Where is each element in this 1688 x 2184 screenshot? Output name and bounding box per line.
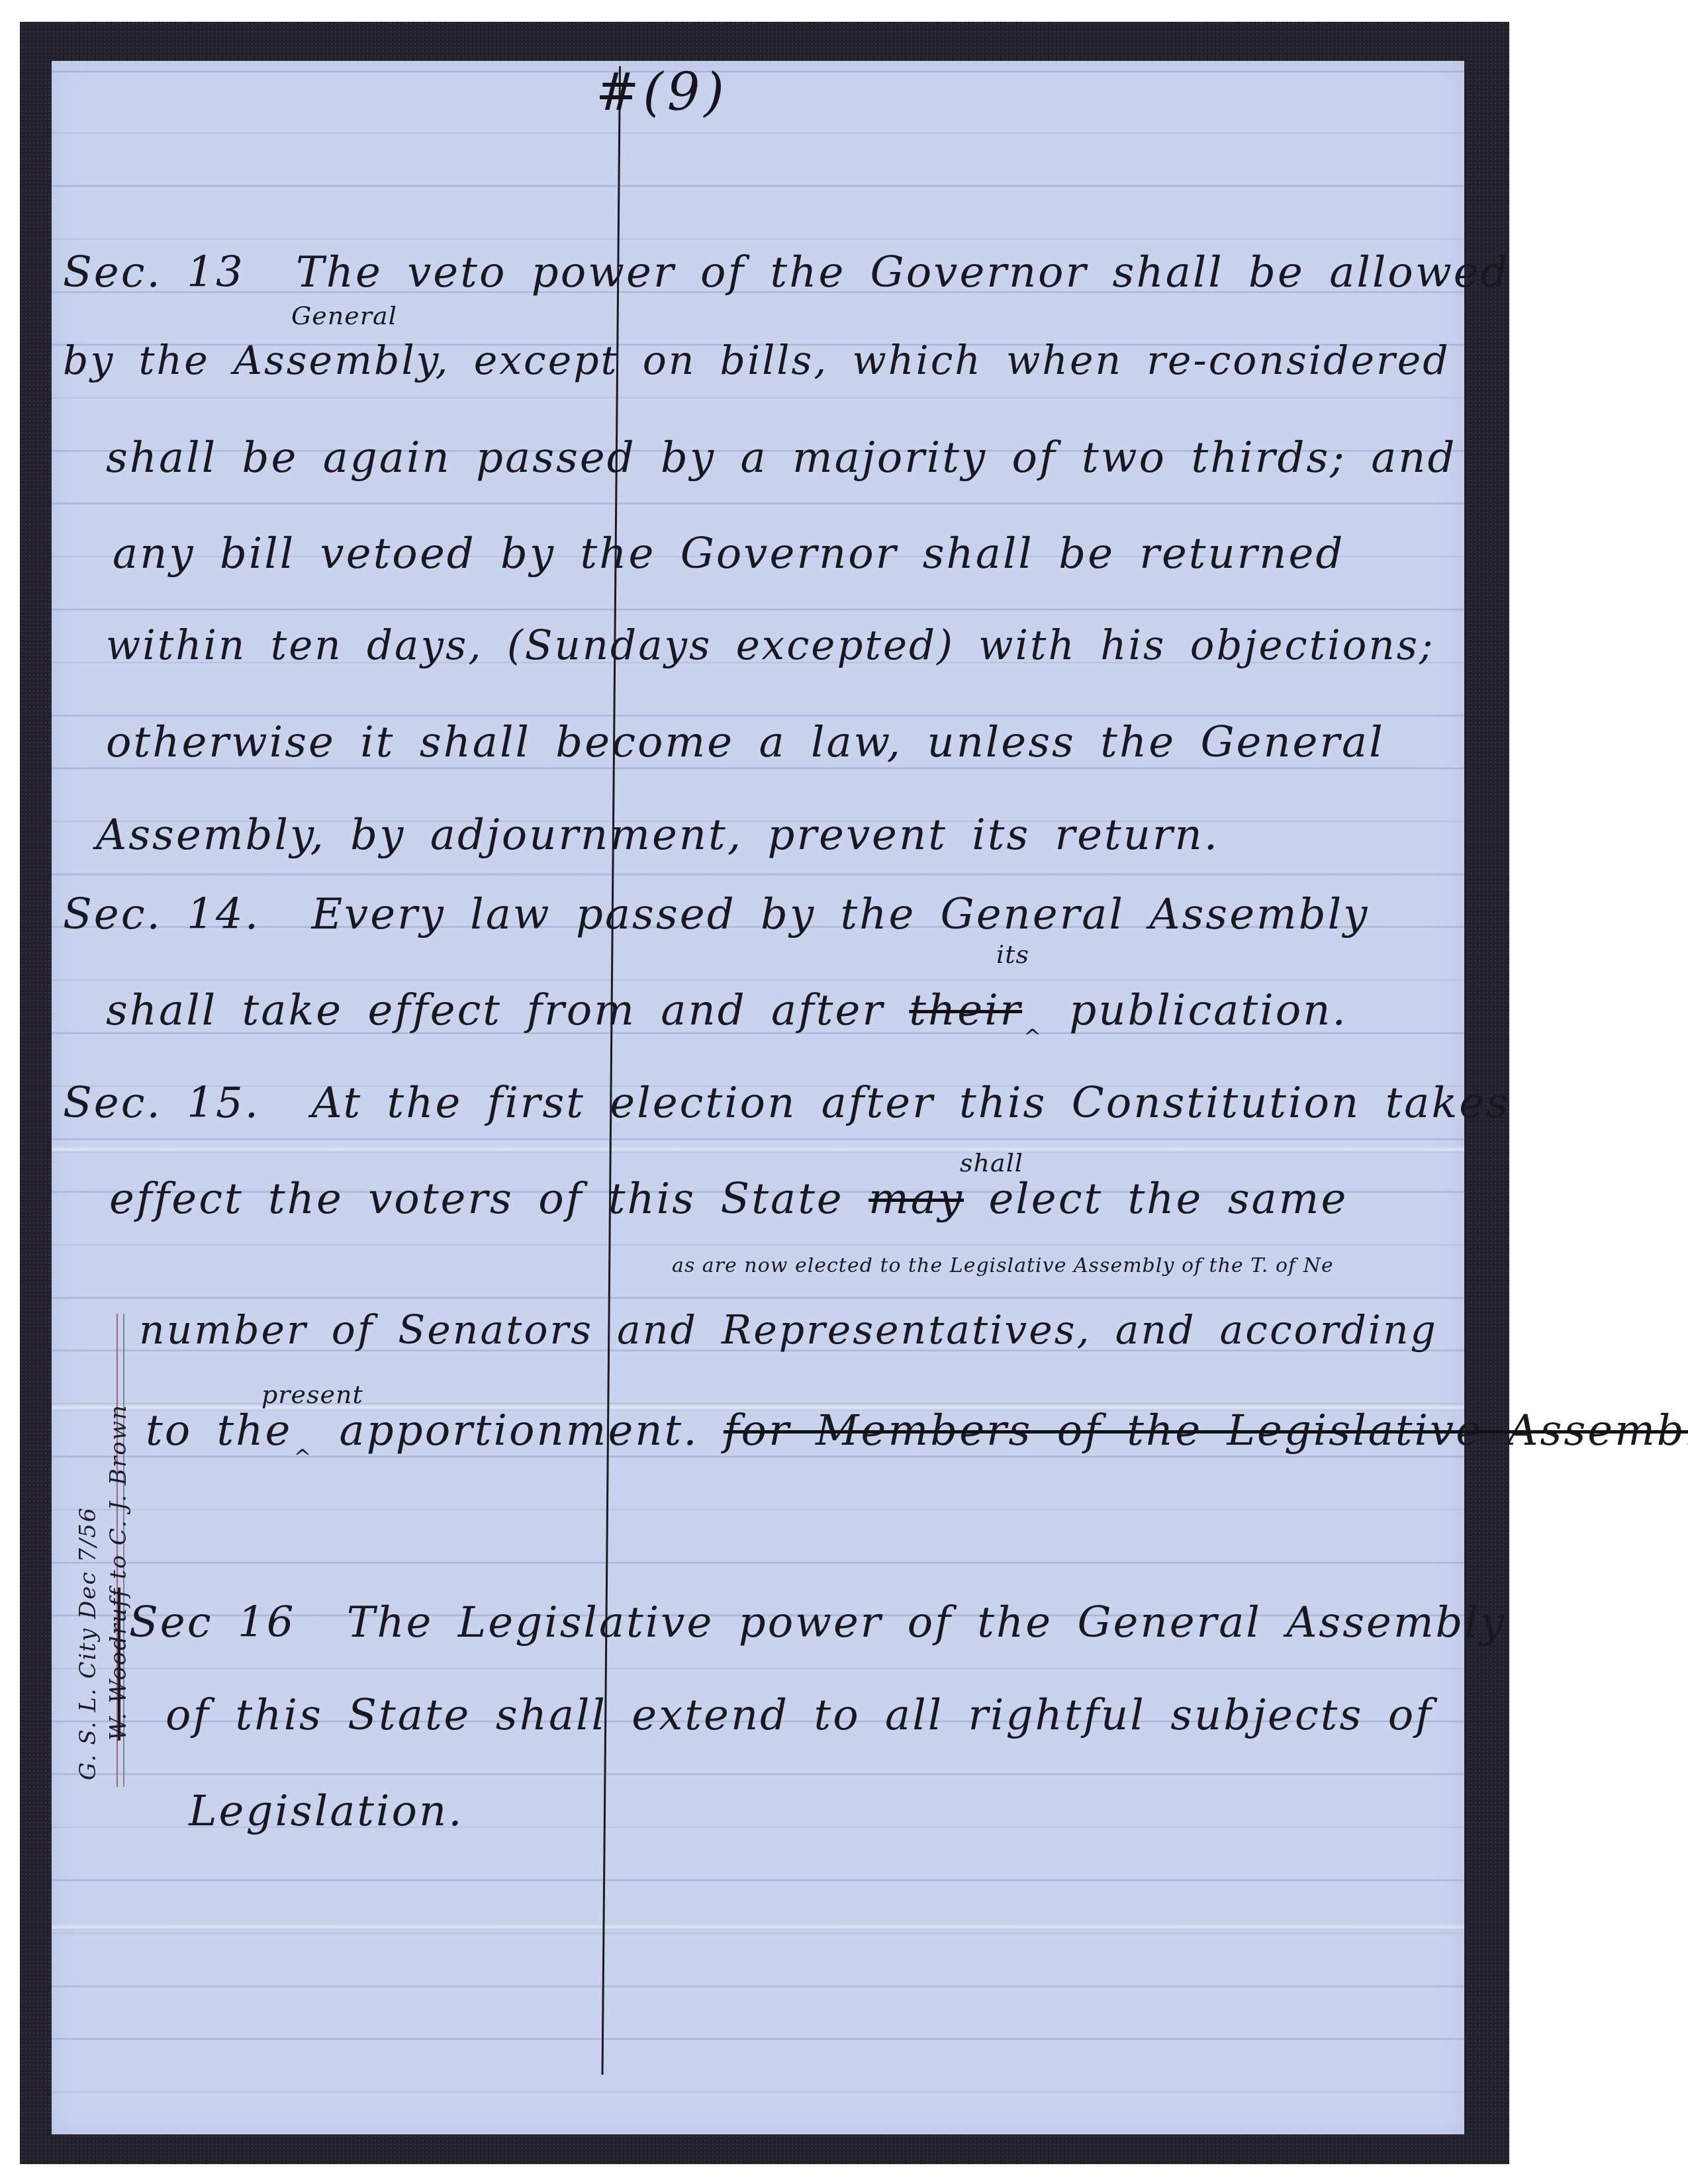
section-label: Sec 16 (129, 1598, 295, 1647)
margin-docket-note: G. S. L. City Dec 7/56 W. Woodruff to C.… (73, 1404, 134, 1780)
section-label: Sec. 15. (63, 1079, 260, 1128)
line-text: The Legislative power of the General Ass… (347, 1598, 1507, 1647)
line-text: effect the voters of this State (109, 1175, 844, 1224)
text-line: by the Assembly, except on bills, which … (63, 338, 1450, 384)
text-line: number of Senators and Representatives, … (139, 1307, 1438, 1353)
text-line: Legislation. (189, 1787, 464, 1836)
insertion-present: present (261, 1380, 363, 1409)
text-line: to the^ apportionment. for Members of th… (146, 1406, 1688, 1455)
insertion-general: General (291, 301, 397, 330)
line-text: The veto power of the Governor shall be … (296, 248, 1509, 297)
docket-line-1: G. S. L. City Dec 7/56 (73, 1404, 103, 1780)
line-text: shall take effect from and after (106, 986, 884, 1035)
line-text: apportionment. (340, 1406, 699, 1455)
text-line: Sec. 14. Every law passed by the General… (63, 890, 1369, 939)
text-line: any bill vetoed by the Governor shall be… (113, 529, 1344, 578)
docket-recipient: to C. J. Brown (105, 1404, 132, 1579)
text-line: Sec. 15. At the first election after thi… (63, 1079, 1510, 1128)
interlinear-addition: as are now elected to the Legislative As… (672, 1254, 1334, 1277)
paper-fold (52, 1146, 1464, 1153)
insertion-shall: shall (960, 1148, 1023, 1177)
docket-line-2: W. Woodruff to C. J. Brown (103, 1404, 134, 1741)
line-text: to the (146, 1406, 292, 1455)
insertion-caret: ^ (1023, 1024, 1043, 1050)
text-line: Sec. 13 The veto power of the Governor s… (63, 248, 1510, 297)
text-line: Sec 16 The Legislative power of the Gene… (129, 1598, 1506, 1647)
section-label: Sec. 13 (63, 248, 245, 297)
text-line: shall take effect from and after their^ … (106, 986, 1348, 1035)
text-line: effect the voters of this State may elec… (109, 1175, 1348, 1224)
deleted-word: their (909, 986, 1022, 1035)
insertion-caret: ^ (293, 1445, 313, 1470)
text-line: otherwise it shall become a law, unless … (106, 718, 1385, 767)
line-text: Every law passed by the General Assembly (311, 890, 1369, 939)
insertion-its: its (996, 940, 1029, 969)
text-line: Assembly, by adjournment, prevent its re… (96, 811, 1219, 860)
section-label: Sec. 14. (63, 890, 260, 939)
docket-struck-name: W. Woodruff (105, 1588, 132, 1741)
deleted-word: may (868, 1175, 964, 1224)
text-line: shall be again passed by a majority of t… (106, 433, 1456, 482)
deleted-phrase: for Members of the Legislative Assembly. (724, 1406, 1688, 1455)
line-text: elect the same (988, 1175, 1348, 1224)
paper-fold (52, 1924, 1464, 1931)
page-number: #(9) (596, 63, 728, 122)
text-line: within ten days, (Sundays excepted) with… (106, 622, 1435, 669)
line-text: publication. (1069, 986, 1347, 1035)
text-line: of this State shall extend to all rightf… (165, 1691, 1433, 1740)
line-text: At the first election after this Constit… (311, 1079, 1510, 1128)
